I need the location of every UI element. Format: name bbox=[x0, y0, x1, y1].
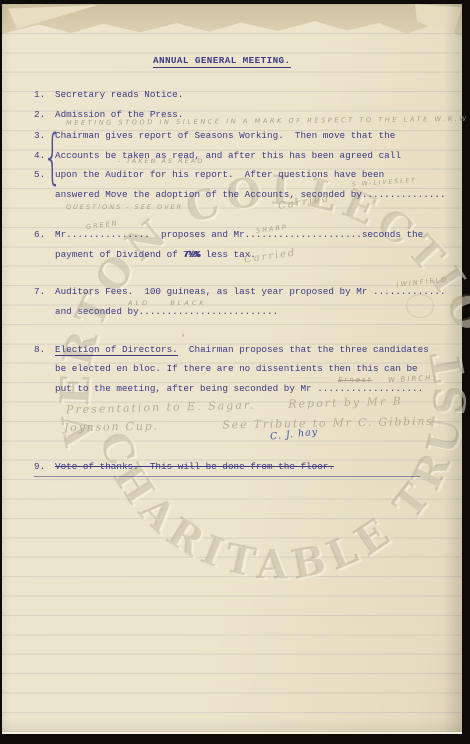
page-edge-shading bbox=[2, 4, 462, 732]
scanned-document-page: EVERTON COLLECTION CHARITABLE TRUST EVER… bbox=[0, 0, 470, 744]
